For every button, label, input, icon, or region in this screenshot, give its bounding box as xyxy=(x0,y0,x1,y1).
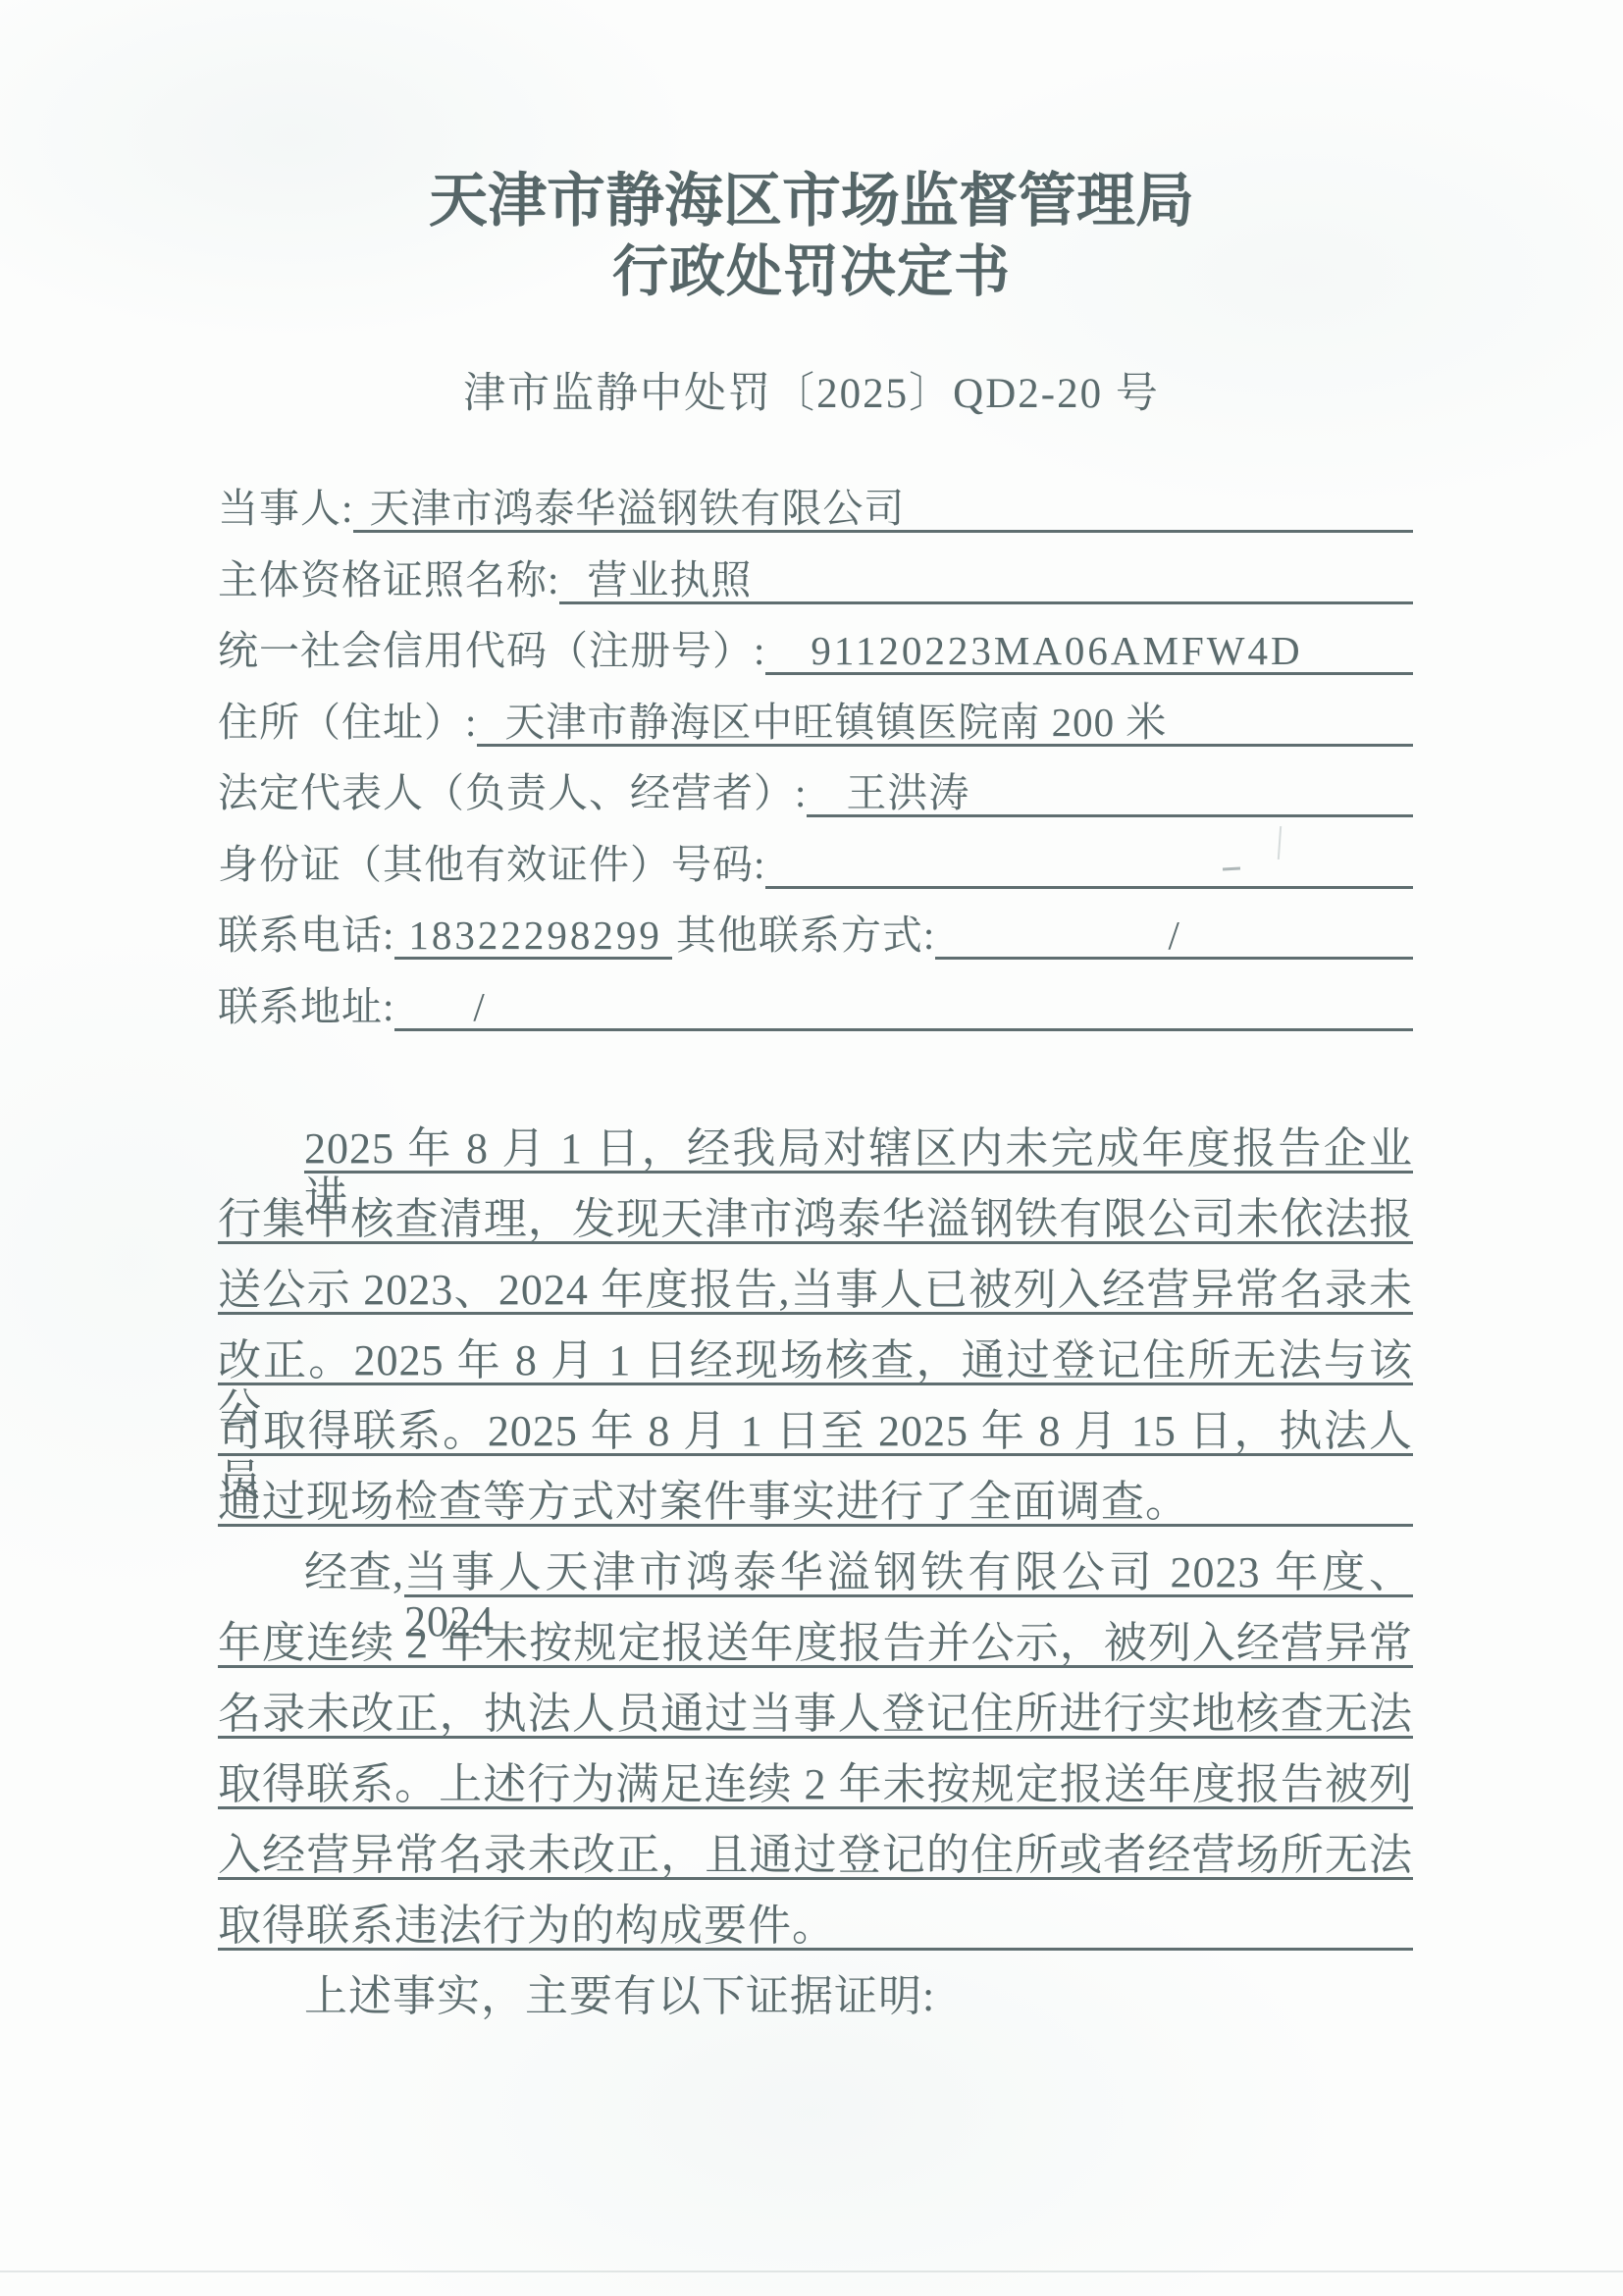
form-row-contact-address: 联系地址: / xyxy=(218,981,1413,1053)
form-value-other-contact: / xyxy=(1168,913,1179,958)
form-value-underline: 18322298299 xyxy=(394,910,672,961)
form-value: 王洪涛 xyxy=(846,770,969,815)
body-line: 送公示 2023、2024 年度报告,当事人已被列入经营异常名录未 xyxy=(218,1266,1413,1336)
body-line: 名录未改正，执法人员通过当事人登记住所进行实地核查无法 xyxy=(218,1690,1413,1760)
party-info-form: 当事人: 天津市鸿泰华溢钢铁有限公司 主体资格证照名称: 营业执照 统一社会信用… xyxy=(218,483,1413,1052)
form-value-underline: 天津市鸿泰华溢钢铁有限公司 xyxy=(353,483,1413,534)
body-line: 取得联系违法行为的构成要件。 xyxy=(218,1902,1413,1972)
form-row-credit-code: 统一社会信用代码（注册号）: 91120223MA06AMFW4D xyxy=(218,625,1413,697)
form-row-id-number: 身份证（其他有效证件）号码: xyxy=(218,839,1413,911)
form-label: 当事人: xyxy=(218,483,353,534)
body-line: 行集中核查清理，发现天津市鸿泰华溢钢铁有限公司未依法报 xyxy=(218,1195,1413,1266)
body-line: 改正。2025 年 8 月 1 日经现场核查，通过登记住所无法与该公 xyxy=(218,1336,1413,1407)
body-line: 入经营异常名录未改正，且通过登记的住所或者经营场所无法 xyxy=(218,1831,1413,1902)
form-row-phone: 联系电话: 18322298299 其他联系方式: / xyxy=(218,910,1413,981)
form-value-underline: 91120223MA06AMFW4D xyxy=(765,625,1413,676)
form-row-legal-representative: 法定代表人（负责人、经营者）: 王洪涛 xyxy=(218,767,1413,839)
form-row-address: 住所（住址）: 天津市静海区中旺镇镇医院南 200 米 xyxy=(218,697,1413,768)
form-label: 主体资格证照名称: xyxy=(218,554,559,605)
form-label: 统一社会信用代码（注册号）: xyxy=(218,625,765,676)
form-value-underline: 营业执照 xyxy=(559,554,1413,605)
form-value-phone: 18322298299 xyxy=(408,913,662,958)
form-label: 联系电话: xyxy=(218,910,394,961)
form-value: 91120223MA06AMFW4D xyxy=(811,628,1302,673)
form-label-other-contact: 其他联系方式: xyxy=(672,910,935,961)
form-label: 联系地址: xyxy=(218,981,394,1032)
form-label: 住所（住址）: xyxy=(218,697,477,748)
form-label: 身份证（其他有效证件）号码: xyxy=(218,839,765,890)
form-value-underline: / xyxy=(394,981,1413,1032)
form-value-underline: / xyxy=(935,910,1413,961)
body-line: 年度连续 2 年未按规定报送年度报告并公示，被列入经营异常 xyxy=(218,1619,1413,1690)
form-value: 天津市静海区中旺镇镇医院南 200 米 xyxy=(504,700,1167,745)
document-title-line1: 天津市静海区市场监督管理局 xyxy=(0,165,1623,237)
document-title-line2: 行政处罚决定书 xyxy=(0,237,1623,308)
decision-body-text: 2025 年 8 月 1 日，经我局对辖区内未完成年度报告企业进 行集中核查清理… xyxy=(218,1124,1413,2043)
form-row-party: 当事人: 天津市鸿泰华溢钢铁有限公司 xyxy=(218,483,1413,554)
document-number: 津市监静中处罚〔2025〕QD2-20 号 xyxy=(0,369,1623,420)
scan-artifact-bottom-line xyxy=(0,2270,1623,2272)
form-value: / xyxy=(473,984,485,1029)
form-row-license-name: 主体资格证照名称: 营业执照 xyxy=(218,554,1413,626)
body-line-paragraph2-start: 经查,当事人天津市鸿泰华溢钢铁有限公司 2023 年度、2024 xyxy=(218,1548,1413,1619)
form-value: 天津市鸿泰华溢钢铁有限公司 xyxy=(369,486,905,531)
body-line: 通过现场检查等方式对案件事实进行了全面调查。 xyxy=(218,1478,1413,1548)
form-value-underline: 王洪涛 xyxy=(807,767,1413,818)
body-line: 取得联系。上述行为满足连续 2 年未按规定报送年度报告被列 xyxy=(218,1760,1413,1831)
form-value: 营业执照 xyxy=(587,557,752,602)
form-label: 法定代表人（负责人、经营者）: xyxy=(218,767,807,818)
penalty-decision-document-page: 天津市静海区市场监督管理局 行政处罚决定书 津市监静中处罚〔2025〕QD2-2… xyxy=(0,0,1623,2296)
paragraph2-prefix: 经查, xyxy=(304,1548,404,1597)
body-closing-line: 上述事实，主要有以下证据证明: xyxy=(218,1972,1413,2043)
form-value-underline: 天津市静海区中旺镇镇医院南 200 米 xyxy=(477,697,1413,748)
body-line: 司取得联系。2025 年 8 月 1 日至 2025 年 8 月 15 日，执法… xyxy=(218,1407,1413,1478)
body-line: 2025 年 8 月 1 日，经我局对辖区内未完成年度报告企业进 xyxy=(218,1124,1413,1195)
